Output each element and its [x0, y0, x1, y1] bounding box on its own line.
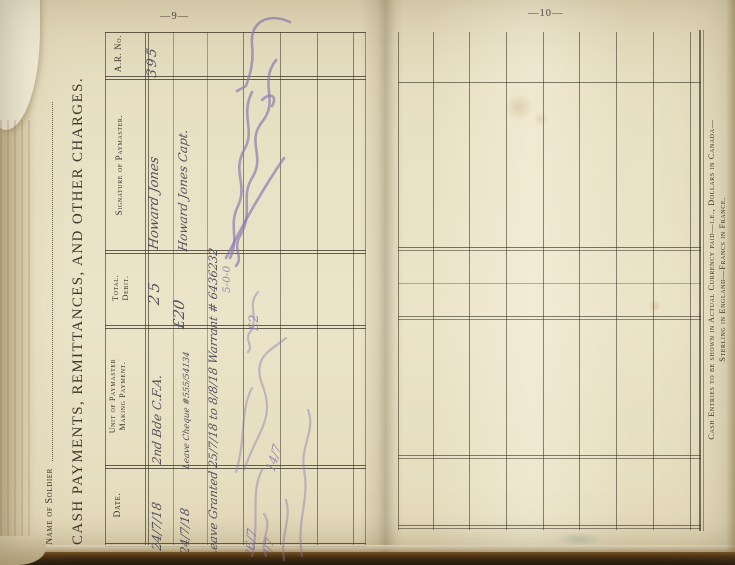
page-number-9: —9—	[160, 11, 189, 22]
header-total-debit: Total. Debit.	[110, 253, 130, 323]
page-title: CASH PAYMENTS, REMITTANCES, AND OTHER CH…	[70, 86, 87, 545]
header-ar-no: A.R. No.	[113, 33, 123, 74]
entry-row1-debit: 25	[145, 253, 163, 306]
entry-row2-unit: Leave Cheque #555/54134	[182, 330, 192, 470]
entry-row2-debit: £20	[170, 271, 188, 330]
header-signature: Signature of Paymaster.	[114, 82, 124, 248]
entry-row1-unit: 2nd Bde C.F.A.	[150, 331, 164, 465]
page-number-10: —10—	[528, 8, 564, 19]
header-unit: Unit of Paymaster Making Payment.	[108, 329, 128, 463]
header-date: Date.	[113, 469, 123, 541]
dotted-rule	[51, 102, 53, 461]
currency-note: Cash Entries to be shown in Actual Curre…	[706, 27, 727, 532]
header-unit-line2: Making Payment.	[118, 329, 128, 463]
text-layer: —9— —10— Name of Soldier CASH PAYMENTS, …	[0, 0, 735, 565]
header-total-line1: Total.	[110, 253, 120, 323]
header-total-line2: Debit.	[120, 253, 130, 323]
pencil-date-3: 14/7	[264, 420, 290, 474]
name-of-soldier-line: Name of Soldier	[44, 98, 55, 545]
currency-note-line1: Cash Entries to be shown in Actual Curre…	[706, 27, 717, 532]
name-of-soldier-label: Name of Soldier	[44, 468, 55, 545]
entry-row1-signature: Howard Jones	[147, 86, 162, 251]
entry-row3-leave-note: Leave Granted 25/7/18 to 8/8/18 Warrant …	[206, 24, 220, 558]
book-binding	[18, 552, 735, 565]
pencil-amount-2: £2	[247, 291, 262, 331]
header-unit-line1: Unit of Paymaster	[108, 329, 118, 463]
entry-row1-ar-no: 395	[145, 32, 160, 79]
pencil-amount-1: 5-0-0	[221, 245, 233, 293]
entry-row2-signature: Howard Jones Capt.	[176, 74, 190, 252]
paybook-spread-photo: —9— —10— Name of Soldier CASH PAYMENTS, …	[0, 0, 735, 565]
entry-row1-date: 24/7/18	[149, 469, 164, 552]
currency-note-line2: Sterling in England—Francs in France.	[717, 27, 728, 532]
entry-row2-date: 24/7/18	[178, 473, 192, 555]
